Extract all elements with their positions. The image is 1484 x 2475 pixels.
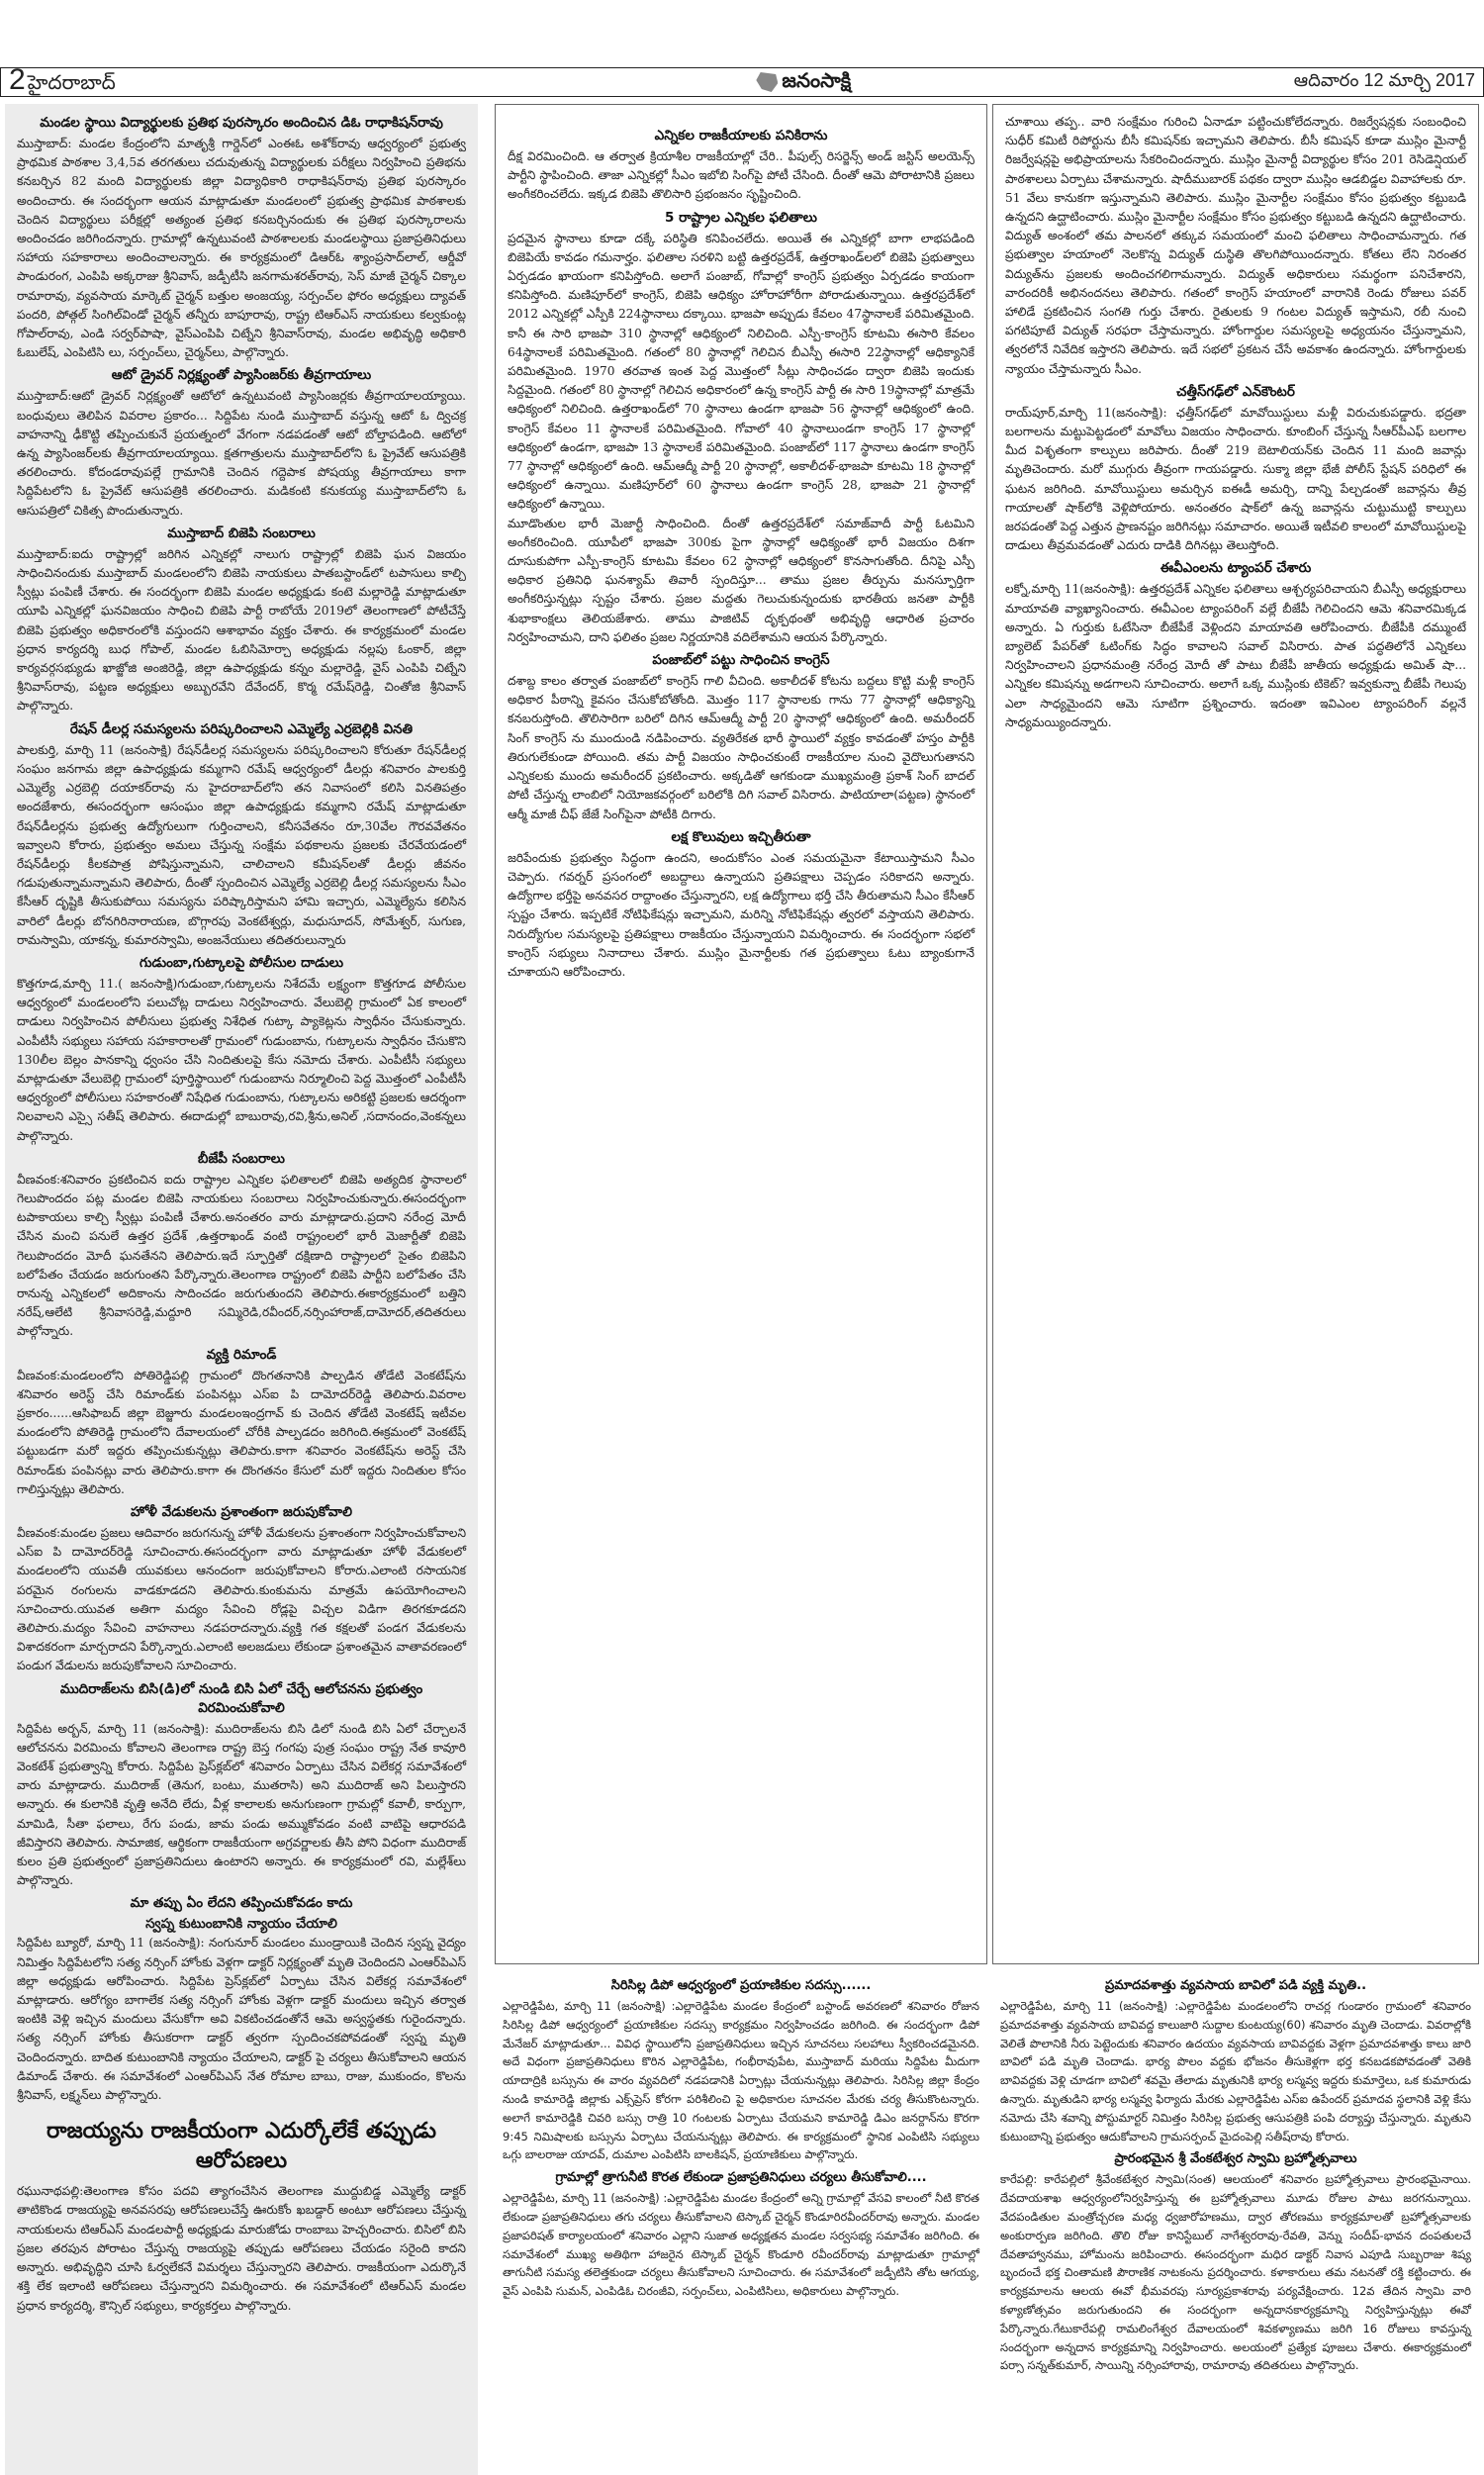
article-headline: లక్ష కొలువులు ఇచ్చితీరుతా <box>508 828 974 847</box>
article-body: లక్నో,మార్చి 11(జనంసాక్షి): ఉత్తరప్రదేశ్… <box>1005 580 1466 732</box>
article-elections-politics: ఎన్నికల రాజకీయాలకు పనికిరాను దీక్ష విరమి… <box>508 127 974 205</box>
article-headline: చత్తీస్‌గఢ్‌లో ఎన్‌కౌంటర్ <box>1005 383 1466 402</box>
article-body: ముస్తాబాద్:ఆటో డ్రైవర్ నిర్లక్ష్యంతో ఆటో… <box>17 387 466 520</box>
article-body: కారేపల్లి: కారేపల్లిలో శ్రీవేంకటేశ్వర స్… <box>1000 2170 1471 2375</box>
article-brahmotsavam: ప్రారంభమైన శ్రీ వేంకటేశ్వర స్వామి బ్రహ్మ… <box>1000 2149 1471 2375</box>
newspaper-logo: జనంసాక్షి <box>756 68 851 97</box>
article-headline: హోళీ వేడుకలను ప్రశాంతంగా జరుపుకోవాలి <box>17 1503 466 1522</box>
article-body: సిద్దిపేట అర్బన్, మార్చి 11 (జనంసాక్షి):… <box>17 1720 466 1891</box>
article-punjab-congress: పంజాబ్‌లో పట్టు సాధించిన కాంగ్రెస్ దశాబ్… <box>508 651 974 824</box>
article-lakh-jobs: లక్ష కొలువులు ఇచ్చితీరుతా జరిపేందుకు ప్ర… <box>508 828 974 982</box>
article-cm-assembly-continued: చూశాయి తప్ప.. వారి సంక్షేమం గురించి ఏనాడ… <box>1005 113 1466 379</box>
article-headline: ప్రమాదవశాత్తు వ్యవసాయ బావిలో పడి వ్యక్తి… <box>1000 1976 1471 1995</box>
bottom-right-column: ప్రమాదవశాత్తు వ్యవసాయ బావిలో పడి వ్యక్తి… <box>992 1974 1479 2474</box>
bottom-middle-column: సిరిసిల్ల డిపో ఆధ్వర్యంలో ప్రయాణికుల సదస… <box>495 1974 987 2474</box>
article-headline: మా తప్పు ఏం లేదని తప్పించుకోవడం కాదు <box>17 1894 466 1913</box>
article-swapna: మా తప్పు ఏం లేదని తప్పించుకోవడం కాదు స్వ… <box>17 1894 466 2105</box>
article-bjp-celebrations: బీజేపీ సంబరాలు వీణవంక:శనివారం ప్రకటించిన… <box>17 1150 466 1342</box>
article-headline: రేషన్ డీలర్ల సమస్యలను పరిష్కరించాలని ఎమ్… <box>17 720 466 739</box>
article-headline: సిరిసిల్ల డిపో ఆధ్వర్యంలో ప్రయాణికుల సదస… <box>503 1976 979 1995</box>
article-well-accident: ప్రమాదవశాత్తు వ్యవసాయ బావిలో పడి వ్యక్తి… <box>1000 1976 1471 2145</box>
article-subheadline: స్వప్న కుటుంబానికి న్యాయం చేయాలి <box>17 1915 466 1934</box>
article-body: పాలకుర్తి, మార్చి 11 (జనంసాక్షి) రేషన్‌డ… <box>17 741 466 950</box>
article-body: జరిపేందుకు ప్రభుత్వం సిద్ధంగా ఉందని, అంద… <box>508 849 974 982</box>
article-headline: ఈవీఎంలను ట్యాంపర్ చేశారు <box>1005 559 1466 578</box>
article-body: ముస్తాబాద్: మండల కేంద్రంలోని మాతృశ్రీ గా… <box>17 135 466 362</box>
article-headline: వ్యక్తి రిమాండ్ <box>17 1346 466 1365</box>
paper-name: జనంసాక్షి <box>782 68 851 97</box>
article-headline: ఆటో డ్రైవర్ నిర్లక్ష్యంతో ప్యాసింజర్‌కు … <box>17 366 466 385</box>
article-body: వీణవంక:మండల ప్రజలు ఆదివారం జరుగనున్న హోళ… <box>17 1524 466 1676</box>
article-rajaiah: రాజయ్యను రాజకీయంగా ఎదుర్కోలేకే తప్పుడు ఆ… <box>17 2117 466 2315</box>
article-body: కొత్తగూడ,మార్చి 11.( జనంసాక్షి)గుడుంబా,గ… <box>17 975 466 1146</box>
telangana-map-icon <box>756 72 778 92</box>
dateline: ఆదివారం 12 మార్చి 2017 <box>1294 70 1475 95</box>
article-body: దశాబ్ద కాలం తర్వాత పంజాబ్‌లో కాంగ్రెస్ గ… <box>508 672 974 824</box>
article-ration-dealers: రేషన్ డీలర్ల సమస్యలను పరిష్కరించాలని ఎమ్… <box>17 720 466 950</box>
article-body: చూశాయి తప్ప.. వారి సంక్షేమం గురించి ఏనాడ… <box>1005 113 1466 379</box>
article-headline: బీజేపీ సంబరాలు <box>17 1150 466 1169</box>
article-holi: హోళీ వేడుకలను ప్రశాంతంగా జరుపుకోవాలి వీణ… <box>17 1503 466 1676</box>
article-5-states-results: 5 రాష్ట్రాల ఎన్నికల ఫలితాలు ప్రదమైన స్థా… <box>508 209 974 647</box>
article-headline: ముదిరాజ్‌లను బిసి(డి)లో నుండి బిసి ఏలో చ… <box>17 1680 466 1718</box>
article-mustabad-bjp: ముస్తాబాద్ బిజెపి సంబరాలు ముస్తాబాద్:ఐదు… <box>17 524 466 716</box>
article-headline: రాజయ్యను రాజకీయంగా ఎదుర్కోలేకే తప్పుడు ఆ… <box>17 2117 466 2176</box>
section-name: హైదరాబాద్ <box>28 70 116 99</box>
article-body: ఎల్లారెడ్డిపేట, మార్చి 11 (జనంసాక్షి) :ఎ… <box>1000 1997 1471 2145</box>
article-headline: గ్రామాల్లో త్రాగునీటి కొరత లేకుండా ప్రజా… <box>503 2168 979 2187</box>
article-body: వీణవంక:మండలంలోని పోతిరెడ్డిపల్లి గ్రామంల… <box>17 1367 466 1499</box>
article-auto-accident: ఆటో డ్రైవర్ నిర్లక్ష్యంతో ప్యాసింజర్‌కు … <box>17 366 466 520</box>
page-number: 2 <box>9 66 26 94</box>
article-headline: ముస్తాబాద్ బిజెపి సంబరాలు <box>17 524 466 543</box>
article-headline: గుడుంబా,గుట్కాలపై పోలీసుల దాడులు <box>17 954 466 973</box>
article-sircilla-depot: సిరిసిల్ల డిపో ఆధ్వర్యంలో ప్రయాణికుల సదస… <box>503 1976 979 2164</box>
article-body: సిద్దిపేట బ్యూరో, మార్చి 11 (జనంసాక్షి):… <box>17 1934 466 2105</box>
article-mudiraj: ముదిరాజ్‌లను బిసి(డి)లో నుండి బిసి ఏలో చ… <box>17 1680 466 1891</box>
article-body: ఎల్లారెడ్డిపేట, మార్చి 11 (జనంసాక్షి) :ఎ… <box>503 2189 979 2301</box>
middle-column: ఎన్నికల రాజకీయాలకు పనికిరాను దీక్ష విరమి… <box>495 104 987 1964</box>
left-column: మండల స్థాయి విద్యార్థులకు ప్రతిభ పురస్కా… <box>5 104 478 2475</box>
masthead: 2 హైదరాబాద్ జనంసాక్షి ఆదివారం 12 మార్చి … <box>0 67 1484 97</box>
article-body: రాయ్‌పూర్,మార్చి 11(జనంసాక్షి): ఛత్తీస్‌… <box>1005 404 1466 556</box>
article-remand: వ్యక్తి రిమాండ్ వీణవంక:మండలంలోని పోతిరెడ… <box>17 1346 466 1499</box>
article-body: దీక్ష విరమించింది. ఆ తర్వాత క్రియాశీల రా… <box>508 147 974 205</box>
article-headline: ప్రారంభమైన శ్రీ వేంకటేశ్వర స్వామి బ్రహ్మ… <box>1000 2149 1471 2168</box>
article-headline: మండల స్థాయి విద్యార్థులకు ప్రతిభ పురస్కా… <box>17 114 466 133</box>
article-chhattisgarh-encounter: చత్తీస్‌గఢ్‌లో ఎన్‌కౌంటర్ రాయ్‌పూర్,మార్… <box>1005 383 1466 556</box>
page-section-label: 2 హైదరాబాద్ <box>9 66 116 99</box>
article-body: వీణవంక:శనివారం ప్రకటించిన ఐదు రాష్ట్రాల … <box>17 1171 466 1342</box>
article-headline: 5 రాష్ట్రాల ఎన్నికల ఫలితాలు <box>508 209 974 228</box>
article-body: ప్రదమైన స్థానాలు కూడా దక్కే పరిస్థితి కన… <box>508 230 974 515</box>
article-body: రఘునాథపల్లి:తెలంగాణ కోసం పదవి త్యాగంచేసి… <box>17 2182 466 2315</box>
article-body: ఎల్లారెడ్డిపేట, మార్చి 11 (జనంసాక్షి) :ఎ… <box>503 1997 979 2164</box>
article-body: ముస్తాబాద్:ఐదు రాష్ట్రాల్లో జరిగిన ఎన్ని… <box>17 545 466 716</box>
article-gudumba-raids: గుడుంబా,గుట్కాలపై పోలీసుల దాడులు కొత్తగూ… <box>17 954 466 1146</box>
article-body-continued: మూడొంతుల భారీ మెజార్టీ సాధించింది. దీంతో… <box>508 515 974 647</box>
article-pratibha-puraskaram: మండల స్థాయి విద్యార్థులకు ప్రతిభ పురస్కా… <box>17 114 466 362</box>
article-drinking-water: గ్రామాల్లో త్రాగునీటి కొరత లేకుండా ప్రజా… <box>503 2168 979 2301</box>
article-headline: ఎన్నికల రాజకీయాలకు పనికిరాను <box>508 127 974 145</box>
article-evm-tampering: ఈవీఎంలను ట్యాంపర్ చేశారు లక్నో,మార్చి 11… <box>1005 559 1466 732</box>
right-column: చూశాయి తప్ప.. వారి సంక్షేమం గురించి ఏనాడ… <box>992 104 1479 1964</box>
article-headline: పంజాబ్‌లో పట్టు సాధించిన కాంగ్రెస్ <box>508 651 974 670</box>
